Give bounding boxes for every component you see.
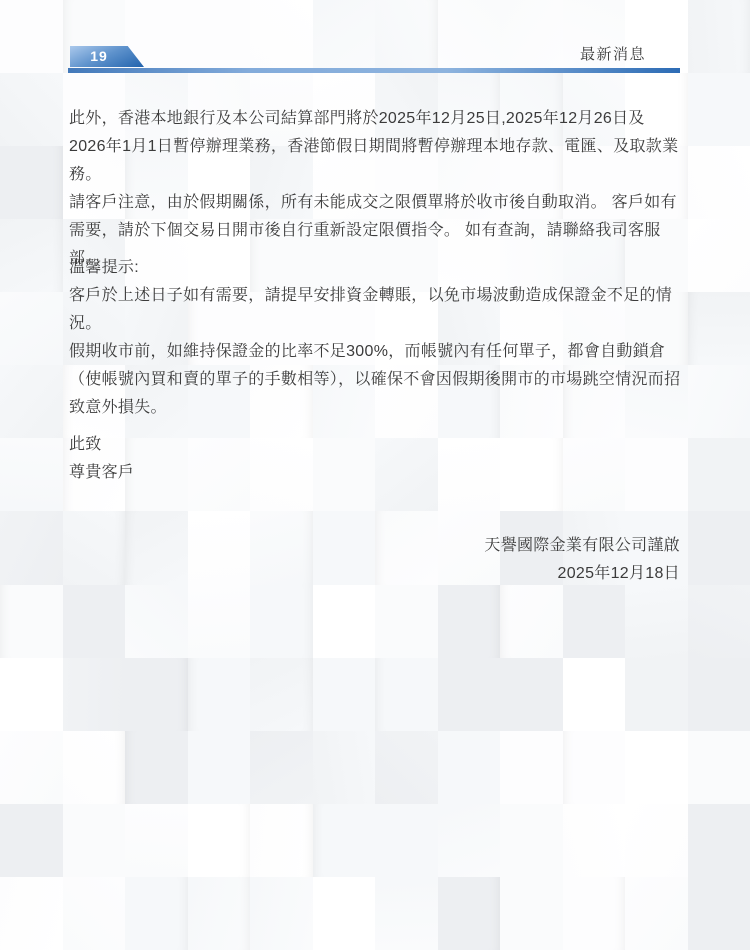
- notice-page: 19 最新消息 此外，香港本地銀行及本公司結算部門將於2025年12月25日,2…: [0, 0, 750, 950]
- signature-date: 2025年12月18日: [69, 560, 680, 588]
- reminder-body: 客戶於上述日子如有需要，請提早安排資金轉賬，以免市場波動造成保證金不足的情況。: [69, 282, 681, 338]
- holiday-notice-paragraph: 此外，香港本地銀行及本公司結算部門將於2025年12月25日,2025年12月2…: [69, 105, 681, 273]
- page-content: 19 最新消息 此外，香港本地銀行及本公司結算部門將於2025年12月25日,2…: [0, 0, 750, 950]
- section-title: 最新消息: [0, 43, 646, 64]
- margin-lock-paragraph: 假期收市前，如維持保證金的比率不足300%，而帳號內有任何單子，都會自動鎖倉（使…: [69, 338, 681, 422]
- reminder-section: 溫馨提示: 客戶於上述日子如有需要，請提早安排資金轉賬，以免市場波動造成保證金不…: [69, 254, 681, 338]
- signature-company: 天譽國際金業有限公司謹啟: [69, 532, 680, 560]
- closing-salutation: 此致: [69, 431, 681, 459]
- header-rule-line: [68, 68, 680, 73]
- closing-recipient: 尊貴客戶: [69, 459, 681, 487]
- bank-closure-text: 此外，香港本地銀行及本公司結算部門將於2025年12月25日,2025年12月2…: [69, 105, 681, 189]
- signature-block: 天譽國際金業有限公司謹啟 2025年12月18日: [69, 532, 680, 588]
- closing-block: 此致 尊貴客戶: [69, 431, 681, 487]
- reminder-title: 溫馨提示:: [69, 254, 681, 282]
